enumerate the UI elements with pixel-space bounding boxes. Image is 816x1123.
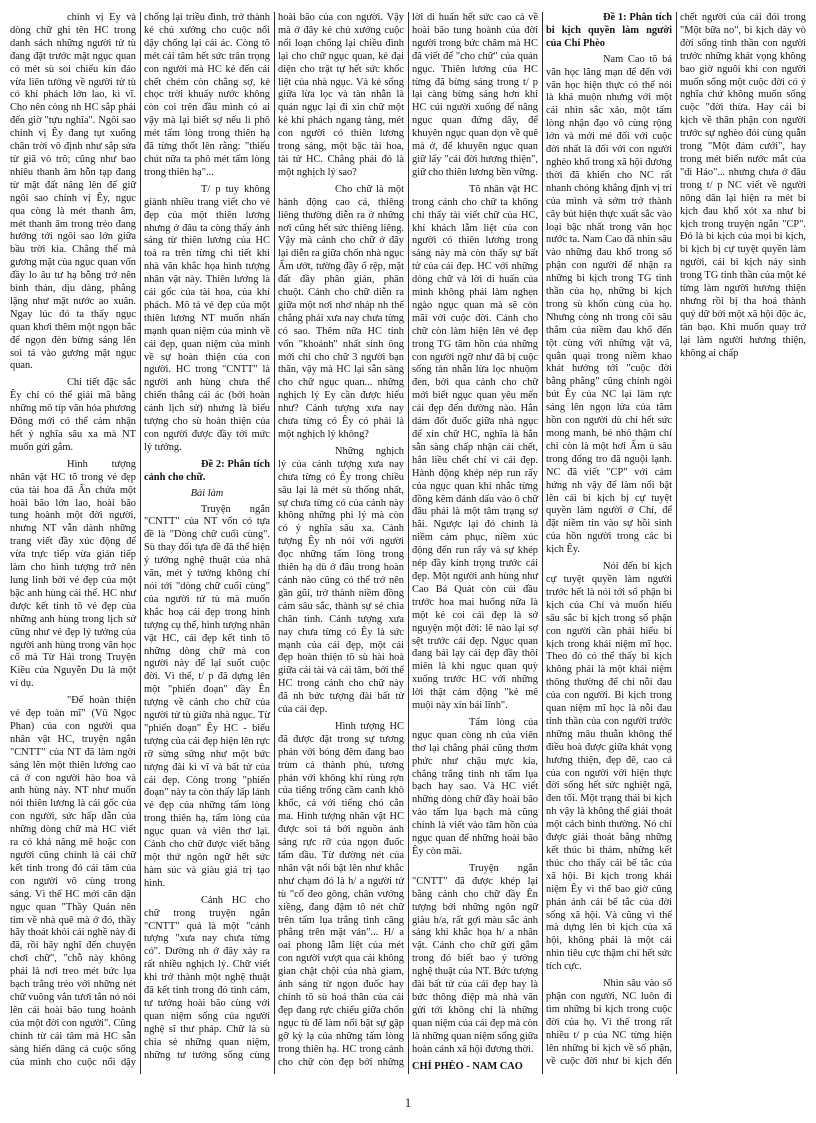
- paragraph: Chi tiết đặc sắc Êy chỉ có thể giải mã b…: [10, 377, 136, 454]
- section-title: CHÍ PHÈO - NAM CAO: [412, 1061, 538, 1074]
- page-number: 1: [0, 1096, 816, 1111]
- paragraph: Tấm lòng của ngục quan còng nh của viên …: [412, 717, 538, 859]
- paragraph: Truyện ngắn "CNTT" của NT vốn có tựa đề …: [144, 504, 270, 891]
- paragraph: T/ p tuy không giành nhiều trang viết ch…: [144, 184, 270, 455]
- paragraph: Nói đến bi kịch cự tuyệt quyền làm người…: [546, 561, 672, 974]
- document-page: chính vị Êy và dòng chữ ghi tên HC trong…: [0, 0, 816, 1123]
- bailam-label: Bài làm: [144, 488, 270, 501]
- paragraph: Những nghịch lý của cảnh tượng xưa nay c…: [278, 446, 404, 717]
- paragraph: chính vị Êy và dòng chữ ghi tên HC trong…: [10, 12, 136, 373]
- paragraph: Cho chữ là một hành động cao cả, thiêng …: [278, 184, 404, 442]
- paragraph: Truyện ngắn "CNTT" đã được khép lại bằng…: [412, 863, 538, 1057]
- paragraph: Hình tượng nhân vật HC tõ trong vẻ đẹp c…: [10, 459, 136, 691]
- paragraph: Nam Cao tõ bá văn học lãng mạn để đến vớ…: [546, 54, 672, 557]
- article-columns: chính vị Êy và dòng chữ ghi tên HC trong…: [10, 12, 806, 1074]
- exercise-heading: Đề 1: Phân tích bi kịch quyền làm người …: [546, 12, 672, 51]
- exercise-heading: Đề 2: Phân tích cảnh cho chữ.: [144, 459, 270, 485]
- paragraph: Tõ nhân vật HC trong cảnh cho chữ ta khô…: [412, 184, 538, 713]
